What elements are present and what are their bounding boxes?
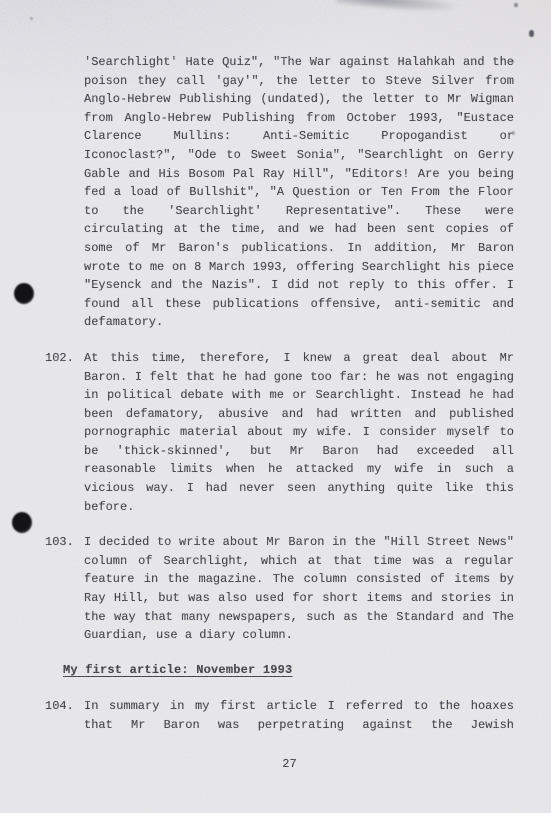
numbered-paragraph-102: 102. At this time, therefore, I knew a g… bbox=[45, 349, 514, 516]
paragraph-text: In summary in my first article I referre… bbox=[84, 697, 514, 734]
paragraph-number: 104. bbox=[45, 697, 84, 734]
hole-punch-mark bbox=[14, 283, 34, 304]
paragraph-text: I decided to write about Mr Baron in the… bbox=[84, 533, 514, 645]
scan-speck bbox=[529, 30, 534, 37]
paragraph-text: At this time, therefore, I knew a great … bbox=[84, 349, 514, 516]
scan-speck bbox=[511, 60, 514, 63]
scan-speck bbox=[514, 3, 518, 7]
numbered-paragraph-103: 103. I decided to write about Mr Baron i… bbox=[45, 533, 514, 645]
scan-smudge bbox=[336, 0, 457, 15]
scan-speck bbox=[512, 131, 515, 135]
hole-punch-mark bbox=[12, 512, 32, 533]
scan-speck bbox=[30, 17, 33, 20]
numbered-paragraph-104: 104. In summary in my first article I re… bbox=[45, 697, 514, 734]
section-heading: My first article: November 1993 bbox=[63, 661, 514, 680]
document-body: 'Searchlight' Hate Quiz", "The War again… bbox=[45, 53, 514, 773]
paragraph-number: 102. bbox=[45, 349, 84, 516]
page-number: 27 bbox=[45, 755, 514, 774]
paragraph-number: 103. bbox=[45, 533, 84, 645]
paragraph-continuation: 'Searchlight' Hate Quiz", "The War again… bbox=[84, 53, 514, 332]
scanned-document-page: 'Searchlight' Hate Quiz", "The War again… bbox=[0, 0, 551, 813]
